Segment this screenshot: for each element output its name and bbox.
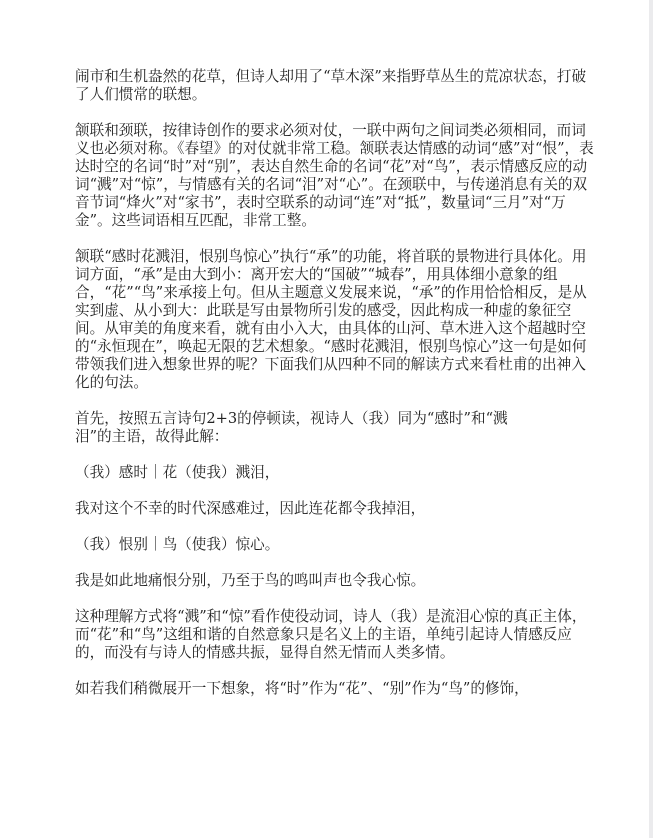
paragraph-1: 闹市和生机盎然的花草，但诗人却用了“草木深”来指野草丛生的荒凉状态，打破了人们惯… bbox=[75, 68, 595, 104]
vertical-scrollbar[interactable] bbox=[649, 0, 653, 838]
paragraph-3: 颔联“感时花溅泪，恨别鸟惊心”执行“承”的功能，将首联的景物进行具体化。用词方面… bbox=[75, 248, 599, 392]
paragraph-5: 这种理解方式将“溅”和“惊”看作使役动词，诗人（我）是流泪心惊的真正主体，而“花… bbox=[75, 608, 599, 662]
paragraph-4: 首先，按照五言诗句2+3的停顿读，视诗人（我）同为“感时”和“溅泪”的主语，故得… bbox=[75, 410, 525, 446]
document-page: 闹市和生机盎然的花草，但诗人却用了“草木深”来指野草丛生的荒凉状态，打破了人们惯… bbox=[0, 0, 649, 838]
document-body: 闹市和生机盎然的花草，但诗人却用了“草木深”来指野草丛生的荒凉状态，打破了人们惯… bbox=[75, 68, 605, 716]
paragraph-2: 颔联和颈联，按律诗创作的要求必须对仗，一联中两句之间词类必须相同，而词义也必须对… bbox=[75, 122, 599, 230]
poem-line-2: （我）恨别｜鸟（使我）惊心。 bbox=[75, 536, 605, 554]
translation-line-1: 我对这个不幸的时代深感难过，因此连花都令我掉泪， bbox=[75, 500, 605, 518]
poem-line-1: （我）感时｜花（使我）溅泪， bbox=[75, 464, 605, 482]
paragraph-6: 如若我们稍微展开一下想象，将“时”作为“花”、“别”作为“鸟”的修饰， bbox=[75, 680, 605, 698]
translation-line-2: 我是如此地痛恨分别，乃至于鸟的鸣叫声也令我心惊。 bbox=[75, 572, 605, 590]
